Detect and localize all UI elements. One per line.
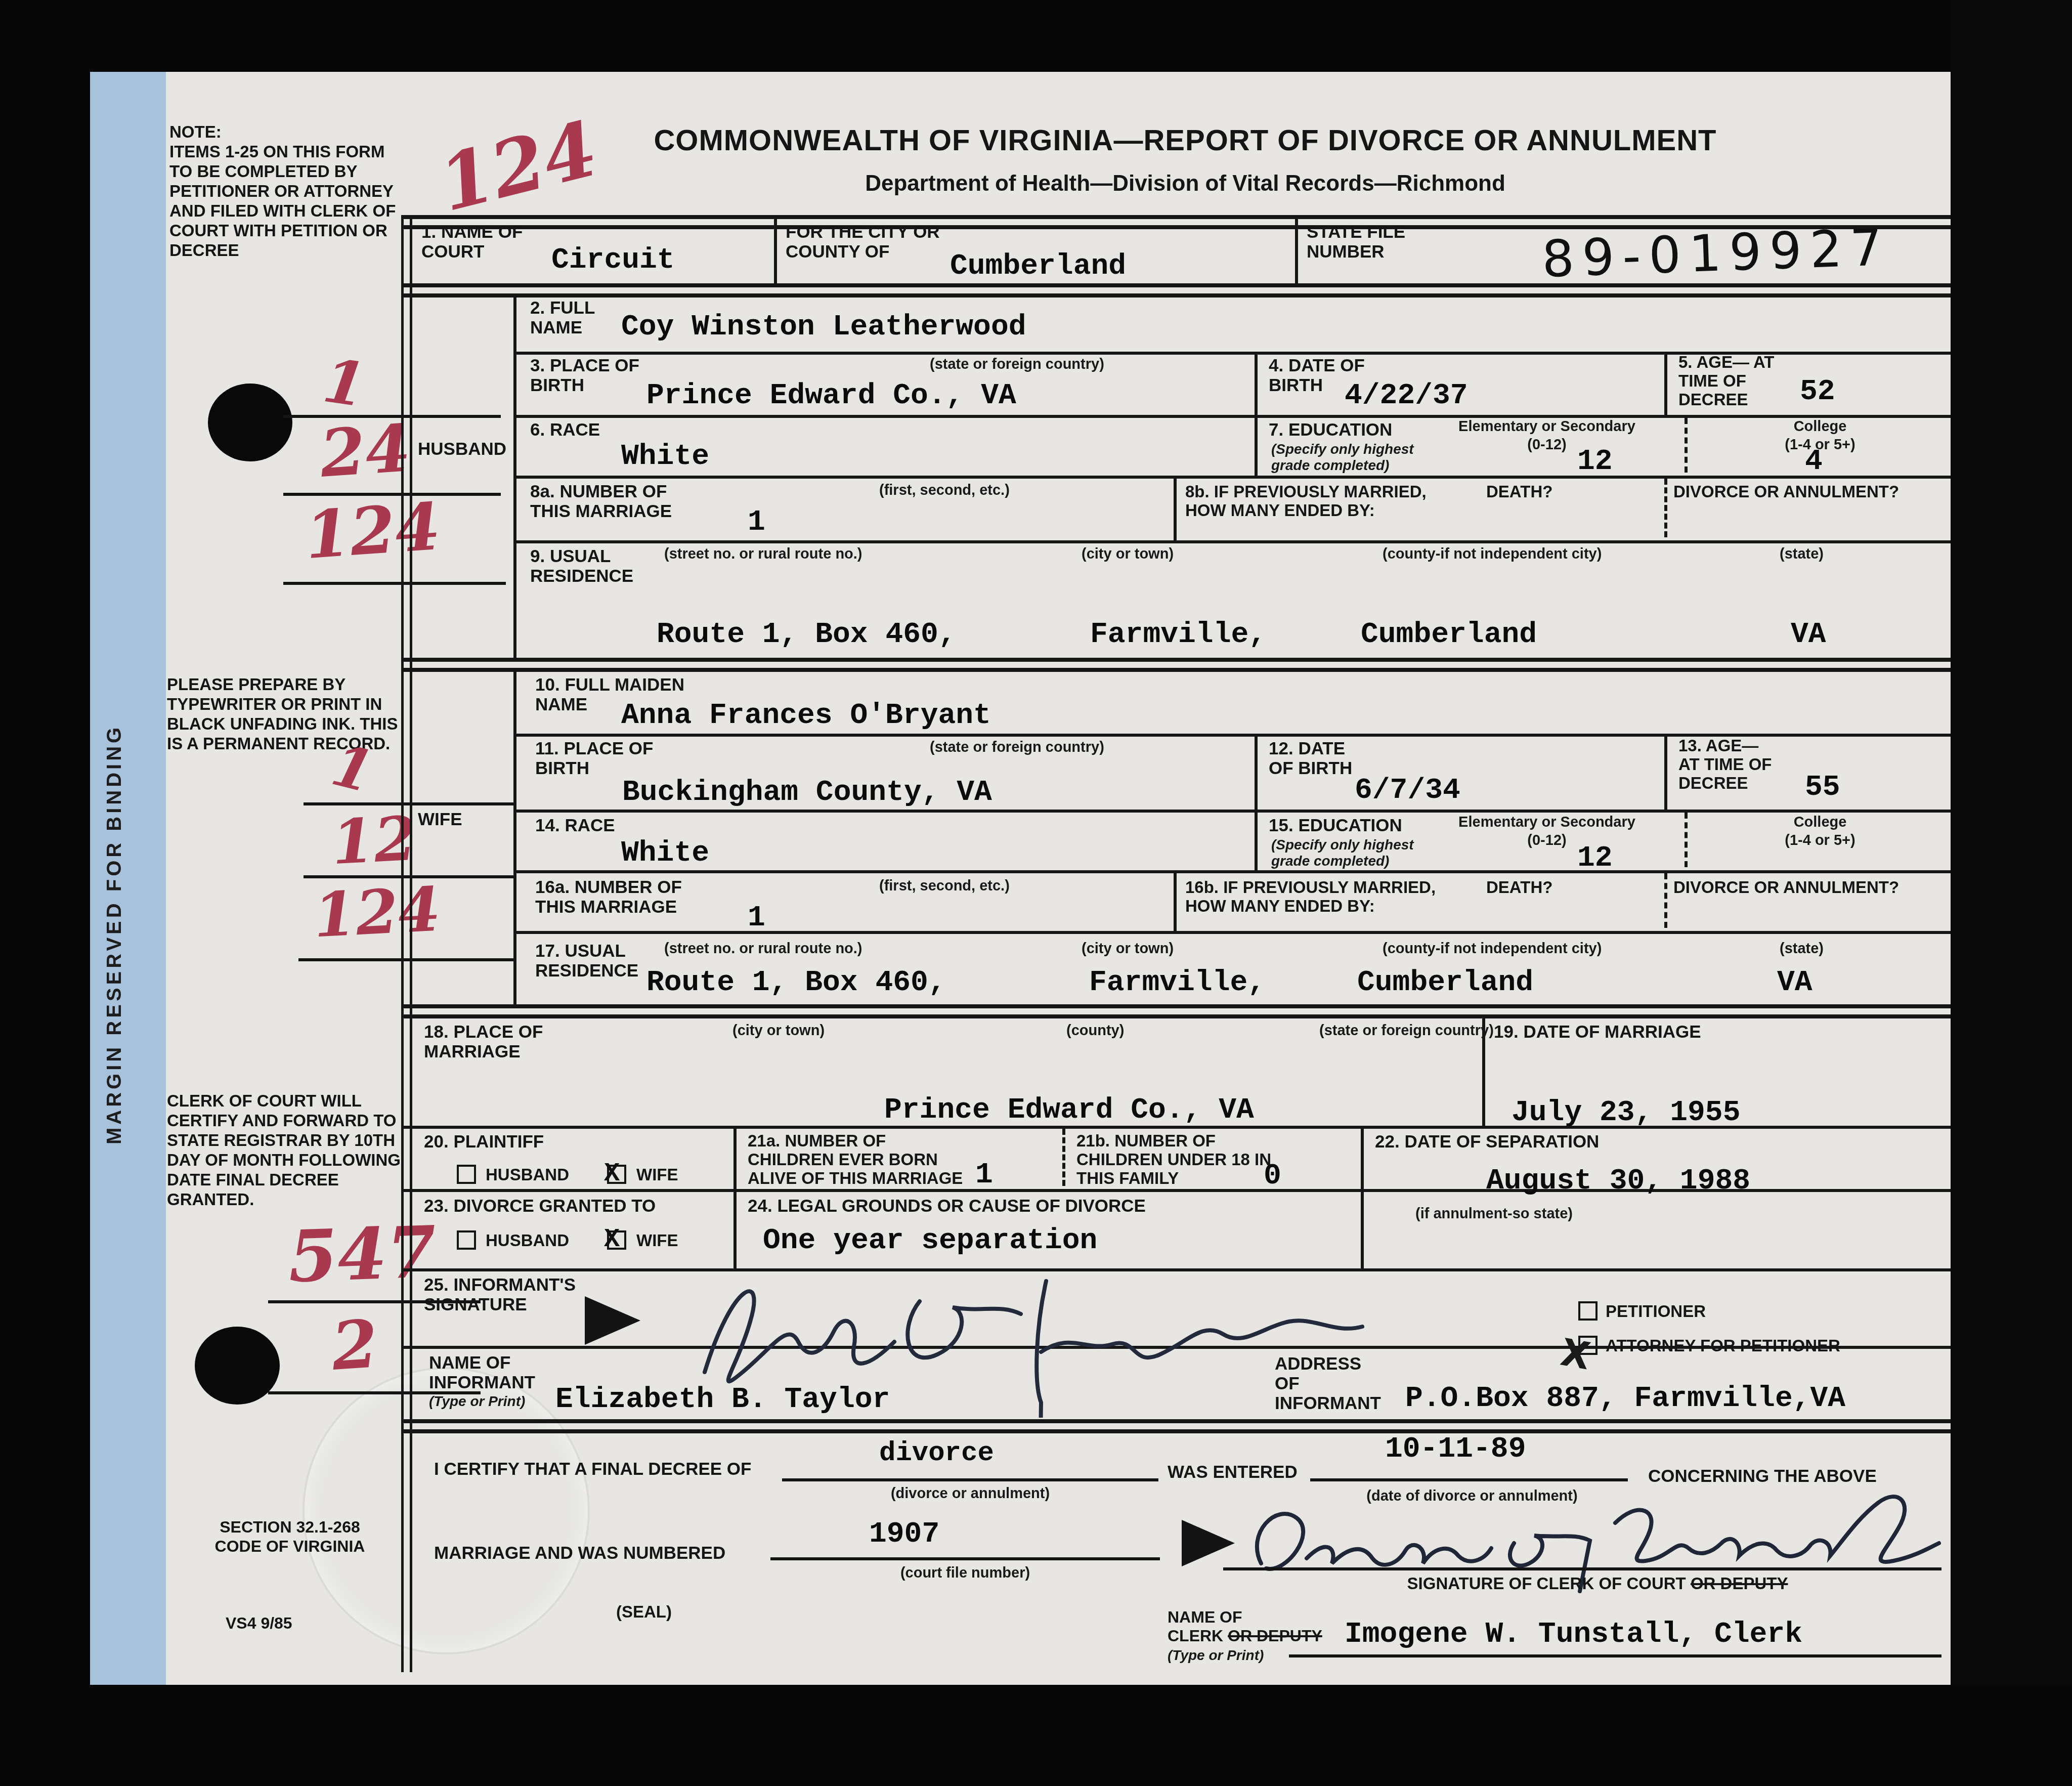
seal-label: (SEAL) (616, 1603, 672, 1622)
blank-line (1289, 1654, 1941, 1657)
husband-death-label: DEATH? (1486, 483, 1552, 501)
grid-line (1664, 734, 1667, 810)
wife-residence-label: 17. USUAL RESIDENCE (535, 941, 657, 981)
wife-death-label: DEATH? (1486, 878, 1552, 897)
husband-divann-label: DIVORCE OR ANNULMENT? (1673, 483, 1957, 501)
husband-age-value: 52 (1800, 375, 1835, 408)
husband-pob-label: 3. PLACE OF BIRTH (530, 356, 652, 395)
form-title: COMMONWEALTH OF VIRGINIA—REPORT OF DIVOR… (414, 124, 1957, 157)
wife-res-state-hint: (state) (1780, 941, 1824, 957)
margin-note-1-title: NOTE: (169, 122, 222, 141)
date-of-separation-value: August 30, 1988 (1486, 1165, 1750, 1198)
court-file-number-hint: (court file number) (770, 1565, 1160, 1582)
margin-number: 2 (330, 1311, 380, 1380)
grid-line (410, 215, 412, 1672)
hole-punch-bottom (195, 1327, 280, 1405)
wife-edu-hint: (Specify only highest grade completed) (1271, 837, 1438, 869)
informant-address-value: P.O.Box 887, Farmville,VA (1405, 1382, 1845, 1415)
grid-line (402, 668, 1957, 672)
informant-signature-label: 25. INFORMANT'S SIGNATURE (424, 1275, 576, 1314)
grid-line (402, 293, 1957, 297)
state-file-number-handwritten: 89-019927 (1541, 218, 1891, 289)
husband-marriage-num-value: 1 (748, 506, 765, 539)
plaintiff-husband-checkbox (457, 1165, 476, 1184)
husband-full-name-value: Coy Winston Leatherwood (621, 311, 1026, 344)
scan-edge-left (0, 0, 90, 1786)
hole-punch-top (208, 384, 292, 461)
wife-race-label: 14. RACE (535, 816, 615, 835)
grid-line-dashed (1664, 873, 1667, 928)
clerk-name-label-1: NAME OF (1168, 1608, 1242, 1626)
wife-pob-value: Buckingham County, VA (622, 776, 992, 809)
wife-elem-label: Elementary or Secondary (1431, 815, 1663, 831)
wife-race-value: White (621, 837, 709, 870)
blank-line (1223, 1567, 1941, 1570)
grid-line (402, 283, 1957, 287)
husband-marriage-num-label: 8a. NUMBER OF THIS MARRIAGE (530, 482, 697, 521)
grid-line (1255, 415, 1258, 476)
attorney-label: ATTORNEY FOR PETITIONER (1606, 1337, 1840, 1355)
wife-pob-label: 11. PLACE OF BIRTH (535, 739, 657, 778)
grid-line (513, 810, 1957, 813)
husband-prev-married-label: 8b. IF PREVIOUSLY MARRIED, HOW MANY ENDE… (1185, 483, 1469, 520)
grid-line-dashed (1685, 813, 1688, 867)
husband-res-county-value: Cumberland (1361, 618, 1537, 651)
scanned-divorce-report: MARGIN RESERVED FOR BINDING NOTE: ITEMS … (0, 0, 2072, 1786)
margin-number: 24 (318, 416, 413, 487)
petitioner-label: PETITIONER (1606, 1302, 1706, 1321)
granted-wife-x-mark: X (604, 1224, 620, 1254)
code-section: SECTION 32.1-268 CODE OF VIRGINIA (176, 1518, 404, 1556)
section-number: SECTION 32.1-268 (220, 1518, 360, 1536)
wife-marriage-num-hint: (first, second, etc.) (879, 878, 1010, 895)
husband-elem-label: Elementary or Secondary (1431, 419, 1663, 435)
wife-age-value: 55 (1805, 771, 1840, 804)
husband-race-value: White (621, 440, 709, 473)
clerk-name-label-2: CLERK (1168, 1627, 1228, 1645)
grid-line (1255, 352, 1258, 415)
grid-line (513, 415, 1957, 418)
plaintiff-label: 20. PLAINTIFF (424, 1132, 544, 1152)
scan-edge-right (1951, 0, 2072, 1786)
grid-line-dashed (1685, 418, 1688, 473)
arrow-right-icon (1182, 1520, 1235, 1566)
husband-pob-hint: (state or foreign country) (930, 357, 1104, 373)
informant-name-value: Elizabeth B. Taylor (555, 1383, 890, 1416)
children-born-value: 1 (975, 1159, 993, 1192)
grid-line (1174, 870, 1177, 931)
scan-edge-bottom (0, 1685, 2072, 1786)
grid-line (1255, 810, 1258, 870)
place-of-marriage-value: Prince Edward Co., VA (884, 1094, 1254, 1127)
grid-line (1255, 734, 1258, 810)
margin-underline (298, 958, 516, 961)
plaintiff-wife-x-mark: X (604, 1159, 620, 1188)
city-county-label: FOR THE CITY OR COUNTY OF (786, 222, 953, 262)
margin-number: 547 (287, 1217, 438, 1293)
blank-line (782, 1478, 1158, 1481)
grid-line-dashed (1664, 479, 1667, 537)
wife-college-range: (1-4 or 5+) (1694, 833, 1947, 849)
grid-line (733, 1126, 737, 1189)
wife-elem-value: 12 (1577, 842, 1613, 875)
embossed-seal (303, 1367, 590, 1654)
husband-college-value: 4 (1805, 445, 1823, 478)
court-file-number-value: 1907 (869, 1518, 939, 1551)
grid-line (513, 297, 516, 658)
grid-line (402, 1014, 1957, 1018)
grid-line (513, 476, 1957, 479)
husband-elem-range: (0-12) (1431, 437, 1663, 453)
court-name-value: Circuit (551, 244, 675, 277)
grid-line (774, 219, 777, 284)
margin-number: 1 (320, 351, 369, 415)
wife-dob-label: 12. DATE OF BIRTH (1269, 739, 1370, 778)
margin-number: 124 (312, 879, 442, 947)
grid-line (1361, 1126, 1364, 1189)
wife-res-state-value: VA (1777, 966, 1812, 999)
granted-husband-label: HUSBAND (486, 1231, 569, 1250)
granted-husband-checkbox (457, 1230, 476, 1250)
margin-note-3: CLERK OF COURT WILL CERTIFY AND FORWARD … (167, 1091, 405, 1210)
grid-line (1295, 219, 1298, 284)
grid-line (402, 1004, 1957, 1008)
wife-res-street-hint: (street no. or rural route no.) (664, 941, 862, 957)
petitioner-checkbox (1578, 1301, 1598, 1321)
clerk-signature-caption-text: SIGNATURE OF CLERK OF COURT (1407, 1574, 1691, 1593)
binding-margin-label: MARGIN RESERVED FOR BINDING (103, 669, 126, 1144)
wife-res-city-value: Farmville, (1089, 966, 1265, 999)
wife-marriage-num-label: 16a. NUMBER OF THIS MARRIAGE (535, 877, 707, 917)
margin-underline (283, 582, 506, 585)
numbered-prefix: MARRIAGE AND WAS NUMBERED (434, 1543, 725, 1563)
grid-line (401, 215, 404, 1672)
margin-number: 12 (330, 809, 418, 874)
clerk-signature-caption: SIGNATURE OF CLERK OF COURT OR DEPUTY (1319, 1575, 1876, 1593)
husband-race-label: 6. RACE (530, 420, 600, 440)
wife-edu-label: 15. EDUCATION (1269, 816, 1402, 835)
informant-name-type-hint: (Type or Print) (429, 1393, 525, 1410)
wife-college-label: College (1694, 815, 1947, 831)
grid-line (513, 540, 1957, 543)
paper-sheet: MARGIN RESERVED FOR BINDING NOTE: ITEMS … (90, 72, 1958, 1686)
clerk-name-label-struck: OR DEPUTY (1228, 1627, 1322, 1645)
city-county-value: Cumberland (950, 250, 1126, 283)
husband-res-city-value: Farmville, (1090, 618, 1266, 651)
separation-annulment-hint: (if annulment-so state) (1415, 1206, 1573, 1222)
informant-address-label: ADDRESS OF INFORMANT (1275, 1354, 1386, 1414)
grid-line (402, 1429, 1957, 1433)
wife-dob-value: 6/7/34 (1355, 774, 1460, 807)
husband-res-state-hint: (state) (1780, 546, 1824, 563)
marriage-city-hint: (city or town) (732, 1023, 825, 1039)
clerk-name-value: Imogene W. Tunstall, Clerk (1345, 1618, 1802, 1651)
wife-prev-married-label: 16b. IF PREVIOUSLY MARRIED, HOW MANY END… (1185, 878, 1469, 916)
grid-line (1664, 352, 1667, 415)
date-of-marriage-label: 19. DATE OF MARRIAGE (1494, 1022, 1797, 1042)
arrow-right-icon (585, 1296, 640, 1345)
wife-age-label: 13. AGE— AT TIME OF DECREE (1678, 737, 1780, 793)
margin-note-1: NOTE: ITEMS 1-25 ON THIS FORM TO BE COMP… (169, 122, 402, 261)
children-under18-value: 0 (1264, 1160, 1281, 1193)
margin-note-1-body: ITEMS 1-25 ON THIS FORM TO BE COMPLETED … (169, 142, 396, 260)
husband-dob-value: 4/22/37 (1345, 379, 1468, 412)
legal-grounds-label: 24. LEGAL GROUNDS OR CAUSE OF DIVORCE (748, 1196, 1213, 1216)
wife-res-county-value: Cumberland (1357, 966, 1533, 999)
granted-wife-label: WIFE (636, 1231, 678, 1250)
wife-pob-hint: (state or foreign country) (930, 740, 1104, 756)
grid-line (513, 870, 1957, 873)
decree-type-value: divorce (879, 1438, 994, 1469)
husband-full-name-label: 2. FULL NAME (530, 298, 621, 337)
grid-line (402, 215, 1957, 219)
marriage-county-hint: (county) (1066, 1023, 1124, 1039)
date-of-marriage-value: July 23, 1955 (1512, 1096, 1740, 1129)
wife-res-city-hint: (city or town) (1082, 941, 1174, 957)
grid-line (402, 1419, 1957, 1423)
husband-college-label: College (1694, 419, 1947, 435)
husband-edu-hint: (Specify only highest grade completed) (1271, 441, 1438, 474)
husband-side-label: HUSBAND (418, 439, 511, 459)
wife-divann-label: DIVORCE OR ANNULMENT? (1673, 878, 1957, 897)
grid-line (1174, 476, 1177, 540)
grid-line (402, 658, 1957, 662)
form-code: VS4 9/85 (226, 1614, 292, 1633)
husband-res-county-hint: (county-if not independent city) (1383, 546, 1602, 563)
divorce-granted-to-label: 23. DIVORCE GRANTED TO (424, 1196, 667, 1216)
decree-hint: (divorce or annulment) (782, 1486, 1158, 1502)
scan-edge-top (0, 0, 2072, 72)
husband-res-street-hint: (street no. or rural route no.) (664, 546, 862, 563)
marriage-state-hint: (state or foreign country) (1319, 1023, 1494, 1039)
children-under18-label: 21b. NUMBER OF CHILDREN UNDER 18 IN THIS… (1076, 1132, 1294, 1188)
husband-age-label: 5. AGE— AT TIME OF DECREE (1678, 353, 1780, 409)
date-of-separation-label: 22. DATE OF SEPARATION (1375, 1132, 1678, 1152)
husband-pob-value: Prince Edward Co., VA (646, 379, 1016, 412)
grid-line (513, 931, 1957, 934)
husband-res-street-value: Route 1, Box 460, (657, 618, 956, 651)
plaintiff-wife-label: WIFE (636, 1166, 678, 1184)
binding-stripe (90, 72, 166, 1686)
children-born-label: 21a. NUMBER OF CHILDREN EVER BORN ALIVE … (748, 1132, 970, 1188)
margin-number: 124 (303, 494, 442, 568)
husband-residence-label: 9. USUAL RESIDENCE (530, 546, 646, 586)
place-of-marriage-label: 18. PLACE OF MARRIAGE (424, 1022, 555, 1061)
entered-date-value: 10-11-89 (1385, 1433, 1526, 1466)
husband-edu-label: 7. EDUCATION (1269, 420, 1392, 440)
wife-elem-range: (0-12) (1431, 833, 1663, 849)
state-file-label: STATE FILE NUMBER (1307, 222, 1418, 262)
husband-marriage-num-hint: (first, second, etc.) (879, 483, 1010, 499)
wife-marriage-num-value: 1 (748, 902, 765, 934)
clerk-name-type-hint: (Type or Print) (1168, 1647, 1264, 1663)
wife-side-label: WIFE (418, 810, 511, 829)
husband-elem-value: 12 (1577, 445, 1613, 478)
grid-line (513, 672, 516, 1004)
wife-res-county-hint: (county-if not independent city) (1383, 941, 1602, 957)
certify-prefix: I CERTIFY THAT A FINAL DECREE OF (434, 1459, 751, 1479)
code-of-virginia: CODE OF VIRGINIA (215, 1537, 365, 1555)
plaintiff-husband-label: HUSBAND (486, 1166, 569, 1184)
wife-maiden-value: Anna Frances O'Bryant (621, 699, 991, 732)
wife-res-street-value: Route 1, Box 460, (646, 966, 946, 999)
form-subtitle: Department of Health—Division of Vital R… (414, 171, 1957, 196)
grid-line-dashed (1062, 1129, 1065, 1186)
attorney-x-mark: X (1558, 1331, 1593, 1379)
court-name-label: 1. NAME OF COURT (421, 222, 573, 262)
blank-line (770, 1557, 1160, 1560)
informant-name-label: NAME OF INFORMANT (429, 1353, 530, 1392)
husband-res-city-hint: (city or town) (1082, 546, 1174, 563)
husband-res-state-value: VA (1791, 618, 1826, 651)
clerk-signature-caption-struck: OR DEPUTY (1691, 1574, 1788, 1593)
